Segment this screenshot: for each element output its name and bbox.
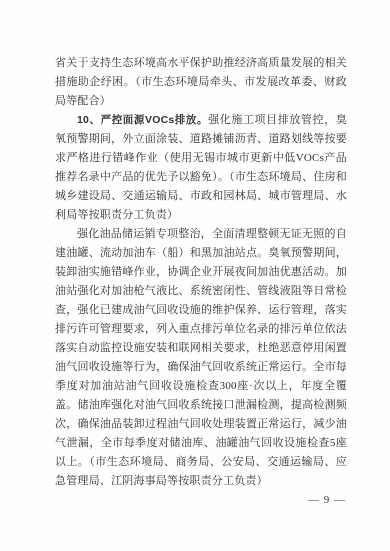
paragraph-item-10: 10、严控面源VOCs排放。强化施工项目排放管控，臭氧预警期间，外立面涂装、道路… [55,111,347,225]
paragraph-item-10-heading: 10、严控面源VOCs排放。 [77,114,208,126]
document-page: 省关于支持生态环境高水平保护助推经济高质量发展的相关措施助企纾困。（市生态环境局… [0,0,390,551]
page-number: — 9 — [308,494,346,506]
paragraph-continued: 省关于支持生态环境高水平保护助推经济高质量发展的相关措施助企纾困。（市生态环境局… [55,54,347,111]
paragraph-item-10-body: 强化施工项目排放管控，臭氧预警期间，外立面涂装、道路摊铺沥青、道路划线等按要求严… [55,114,347,221]
document-body: 省关于支持生态环境高水平保护助推经济高质量发展的相关措施助企纾困。（市生态环境局… [55,54,347,491]
paragraph-oil-storage: 强化油品储运销专项整治，全面清理整顿无证无照的自建油罐、流动加油车（船）和黑加油… [55,225,347,491]
